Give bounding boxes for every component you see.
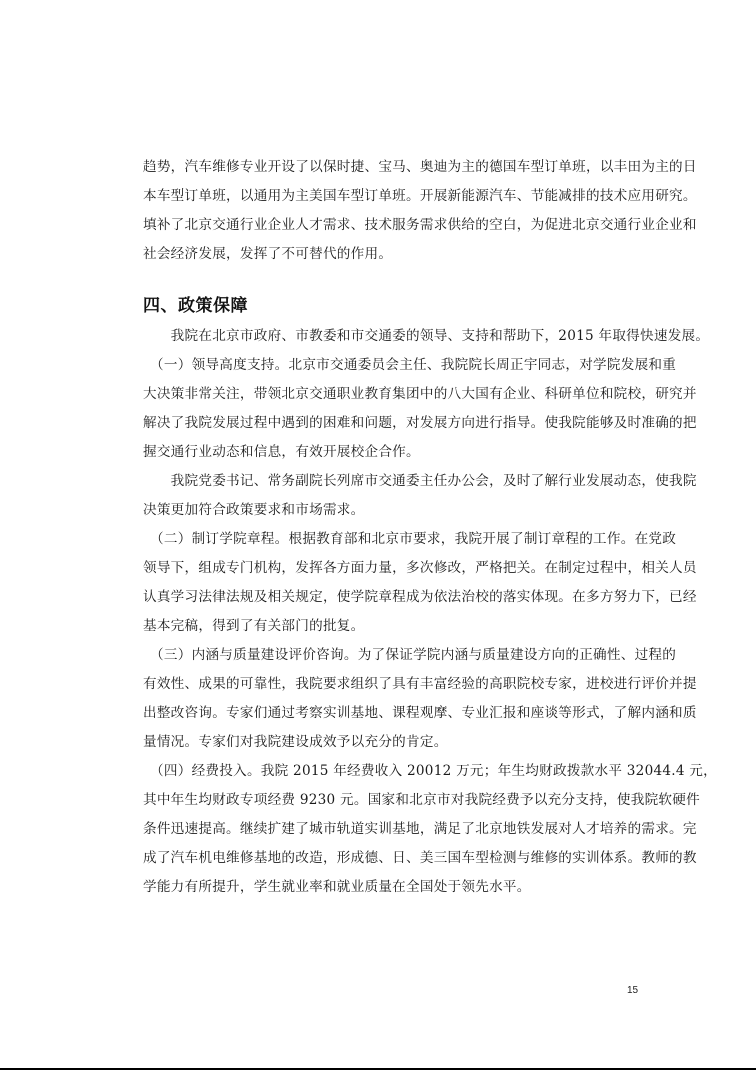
page-number: 15 (627, 985, 638, 996)
paragraph-line: 大决策非常关注，带领北京交通职业教育集团中的八大国有企业、科研单位和院校，研究并 (143, 386, 697, 402)
section-heading: 四、政策保障 (143, 291, 248, 316)
paragraph-line: 学能力有所提升，学生就业率和就业质量在全国处于领先水平。 (143, 879, 531, 895)
paragraph-line: 填补了北京交通行业企业人才需求、技术服务需求供给的空白，为促进北京交通行业企业和 (143, 217, 697, 233)
paragraph-line: 认真学习法律法规及相关规定，使学院章程成为依法治校的落实体现。在多方努力下，已经 (143, 589, 697, 605)
paragraph-line: （二）制订学院章程。根据教育部和北京市要求，我院开展了制订章程的工作。在党政 (143, 531, 676, 547)
paragraph-line: 量情况。专家们对我院建设成效予以充分的肯定。 (143, 734, 448, 750)
paragraph-line: （一）领导高度支持。北京市交通委员会主任、我院院长周正宇同志，对学院发展和重 (143, 357, 676, 373)
paragraph-line: 成了汽车机电维修基地的改造，形成德、日、美三国车型检测与维修的实训体系。教师的教 (143, 850, 697, 866)
paragraph-line: 社会经济发展，发挥了不可替代的作用。 (143, 246, 392, 262)
paragraph-line: 我院在北京市政府、市教委和市交通委的领导、支持和帮助下，2015 年取得快速发展… (143, 328, 709, 344)
document-page: 趋势，汽车维修专业开设了以保时捷、宝马、奥迪为主的德国车型订单班，以丰田为主的日… (0, 0, 756, 1070)
paragraph-line: 其中年生均财政专项经费 9230 元。国家和北京市对我院经费予以充分支持，使我院… (143, 792, 700, 808)
paragraph-line: 基本完稿，得到了有关部门的批复。 (143, 618, 365, 634)
paragraph-line: （四）经费投入。我院 2015 年经费收入 20012 万元；年生均财政拨款水平… (143, 763, 717, 779)
paragraph-line: 领导下，组成专门机构，发挥各方面力量，多次修改，严格把关。在制定过程中，相关人员 (143, 560, 697, 576)
paragraph-line: 握交通行业动态和信息，有效开展校企合作。 (143, 444, 420, 460)
paragraph-line: 出整改咨询。专家们通过考察实训基地、课程观摩、专业汇报和座谈等形式，了解内涵和质 (143, 705, 697, 721)
paragraph-line: 我院党委书记、常务副院长列席市交通委主任办公会，及时了解行业发展动态，使我院 (143, 473, 697, 489)
paragraph-line: 决策更加符合政策要求和市场需求。 (143, 502, 365, 518)
paragraph-line: （三）内涵与质量建设评价咨询。为了保证学院内涵与质量建设方向的正确性、过程的 (143, 647, 676, 663)
paragraph-line: 解决了我院发展过程中遇到的困难和问题，对发展方向进行指导。使我院能够及时准确的把 (143, 415, 697, 431)
paragraph-line: 本车型订单班，以通用为主美国车型订单班。开展新能源汽车、节能减排的技术应用研究。 (143, 188, 697, 204)
paragraph-line: 趋势，汽车维修专业开设了以保时捷、宝马、奥迪为主的德国车型订单班，以丰田为主的日 (143, 159, 697, 175)
paragraph-line: 条件迅速提高。继续扩建了城市轨道实训基地，满足了北京地铁发展对人才培养的需求。完 (143, 821, 697, 837)
paragraph-line: 有效性、成果的可靠性，我院要求组织了具有丰富经验的高职院校专家，进校进行评价并提 (143, 676, 697, 692)
